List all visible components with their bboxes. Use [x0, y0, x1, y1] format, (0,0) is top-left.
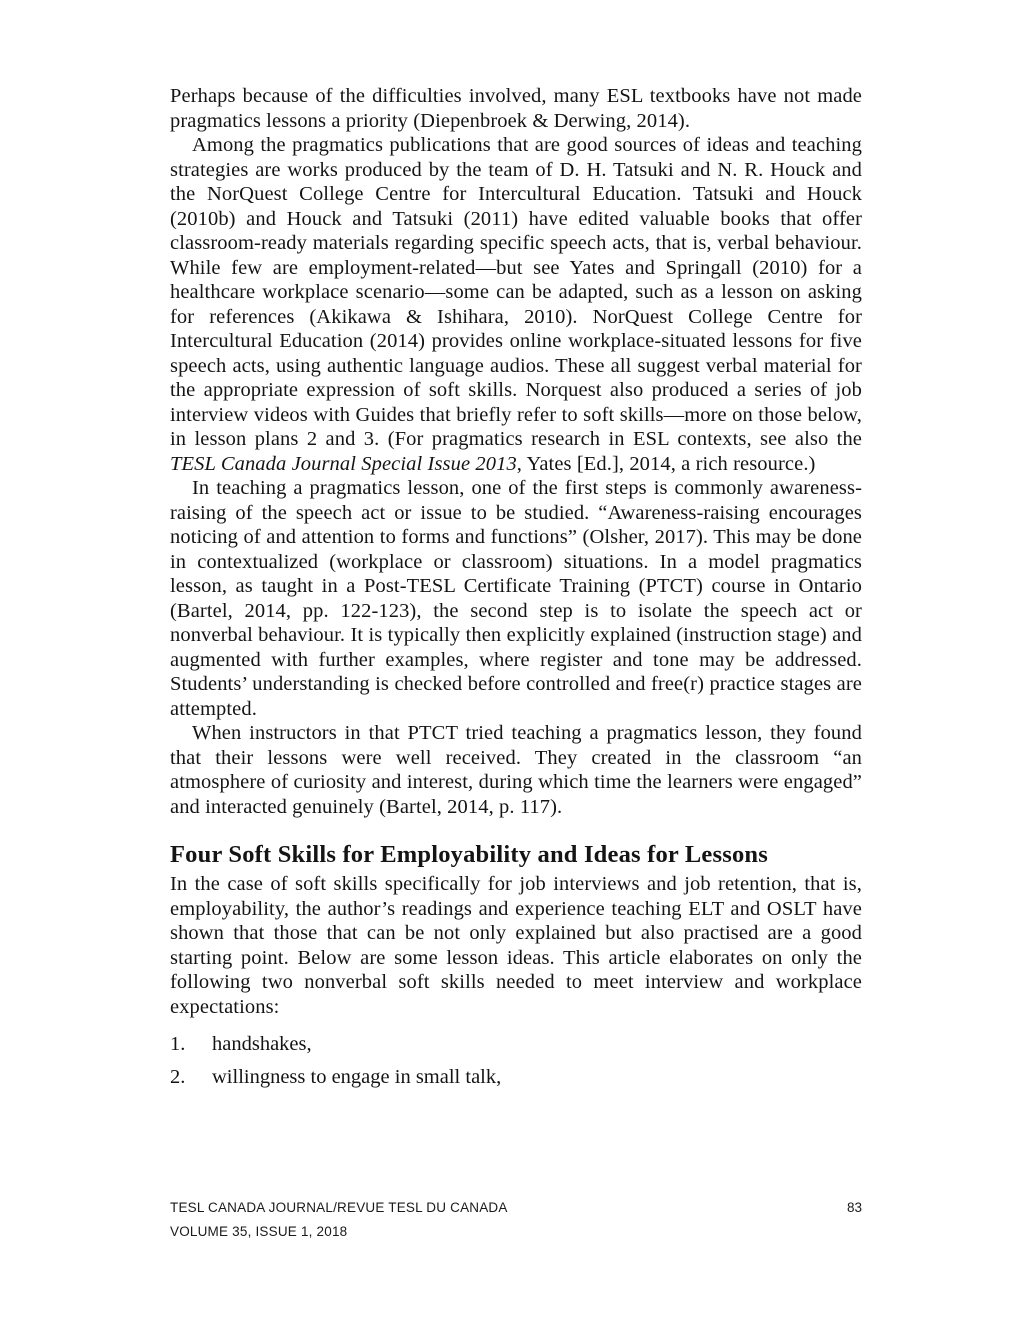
article-body: Perhaps because of the difficulties invo…: [170, 84, 862, 1097]
list-item-text: willingness to engage in small talk,: [212, 1065, 501, 1090]
footer-volume-issue: VOLUME 35, ISSUE 1, 2018: [170, 1220, 508, 1244]
page-number: 83: [847, 1196, 862, 1220]
paragraph-2: Among the pragmatics publications that a…: [170, 133, 862, 476]
list-item: 1. handshakes,: [170, 1032, 862, 1057]
list-item-text: handshakes,: [212, 1032, 312, 1057]
paragraph-4: When instructors in that PTCT tried teac…: [170, 721, 862, 819]
list-item-number: 2.: [170, 1065, 212, 1090]
journal-title-italic: TESL Canada Journal Special Issue 2013: [170, 453, 517, 475]
paragraph-2-end: , Yates [Ed.], 2014, a rich resource.): [517, 453, 816, 475]
list-item-number: 1.: [170, 1032, 212, 1057]
section-heading: Four Soft Skills for Employability and I…: [170, 840, 862, 869]
page-footer: TESL CANADA JOURNAL/REVUE TESL DU CANADA…: [170, 1196, 508, 1243]
paragraph-5: In the case of soft skills specifically …: [170, 872, 862, 1019]
paragraph-1: Perhaps because of the difficulties invo…: [170, 84, 862, 133]
paragraph-3: In teaching a pragmatics lesson, one of …: [170, 476, 862, 721]
footer-journal-title: TESL CANADA JOURNAL/REVUE TESL DU CANADA: [170, 1196, 508, 1220]
journal-page: Perhaps because of the difficulties invo…: [0, 0, 1024, 1325]
list-item: 2. willingness to engage in small talk,: [170, 1065, 862, 1090]
paragraph-2-text: Among the pragmatics publications that a…: [170, 134, 862, 450]
numbered-list: 1. handshakes, 2. willingness to engage …: [170, 1032, 862, 1089]
